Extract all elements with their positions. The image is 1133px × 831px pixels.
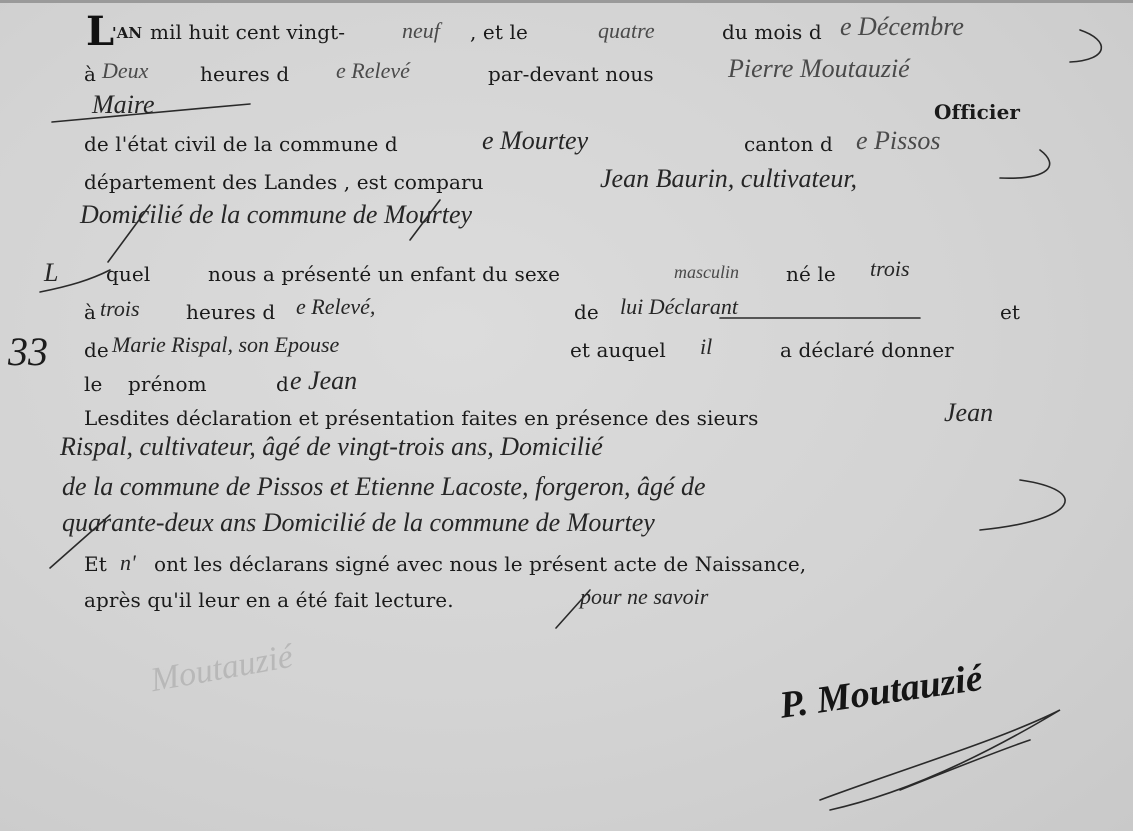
document-page: L 'AN mil huit cent vingt- neuf , et le … bbox=[0, 0, 1133, 831]
pen-flourishes bbox=[0, 0, 1133, 831]
